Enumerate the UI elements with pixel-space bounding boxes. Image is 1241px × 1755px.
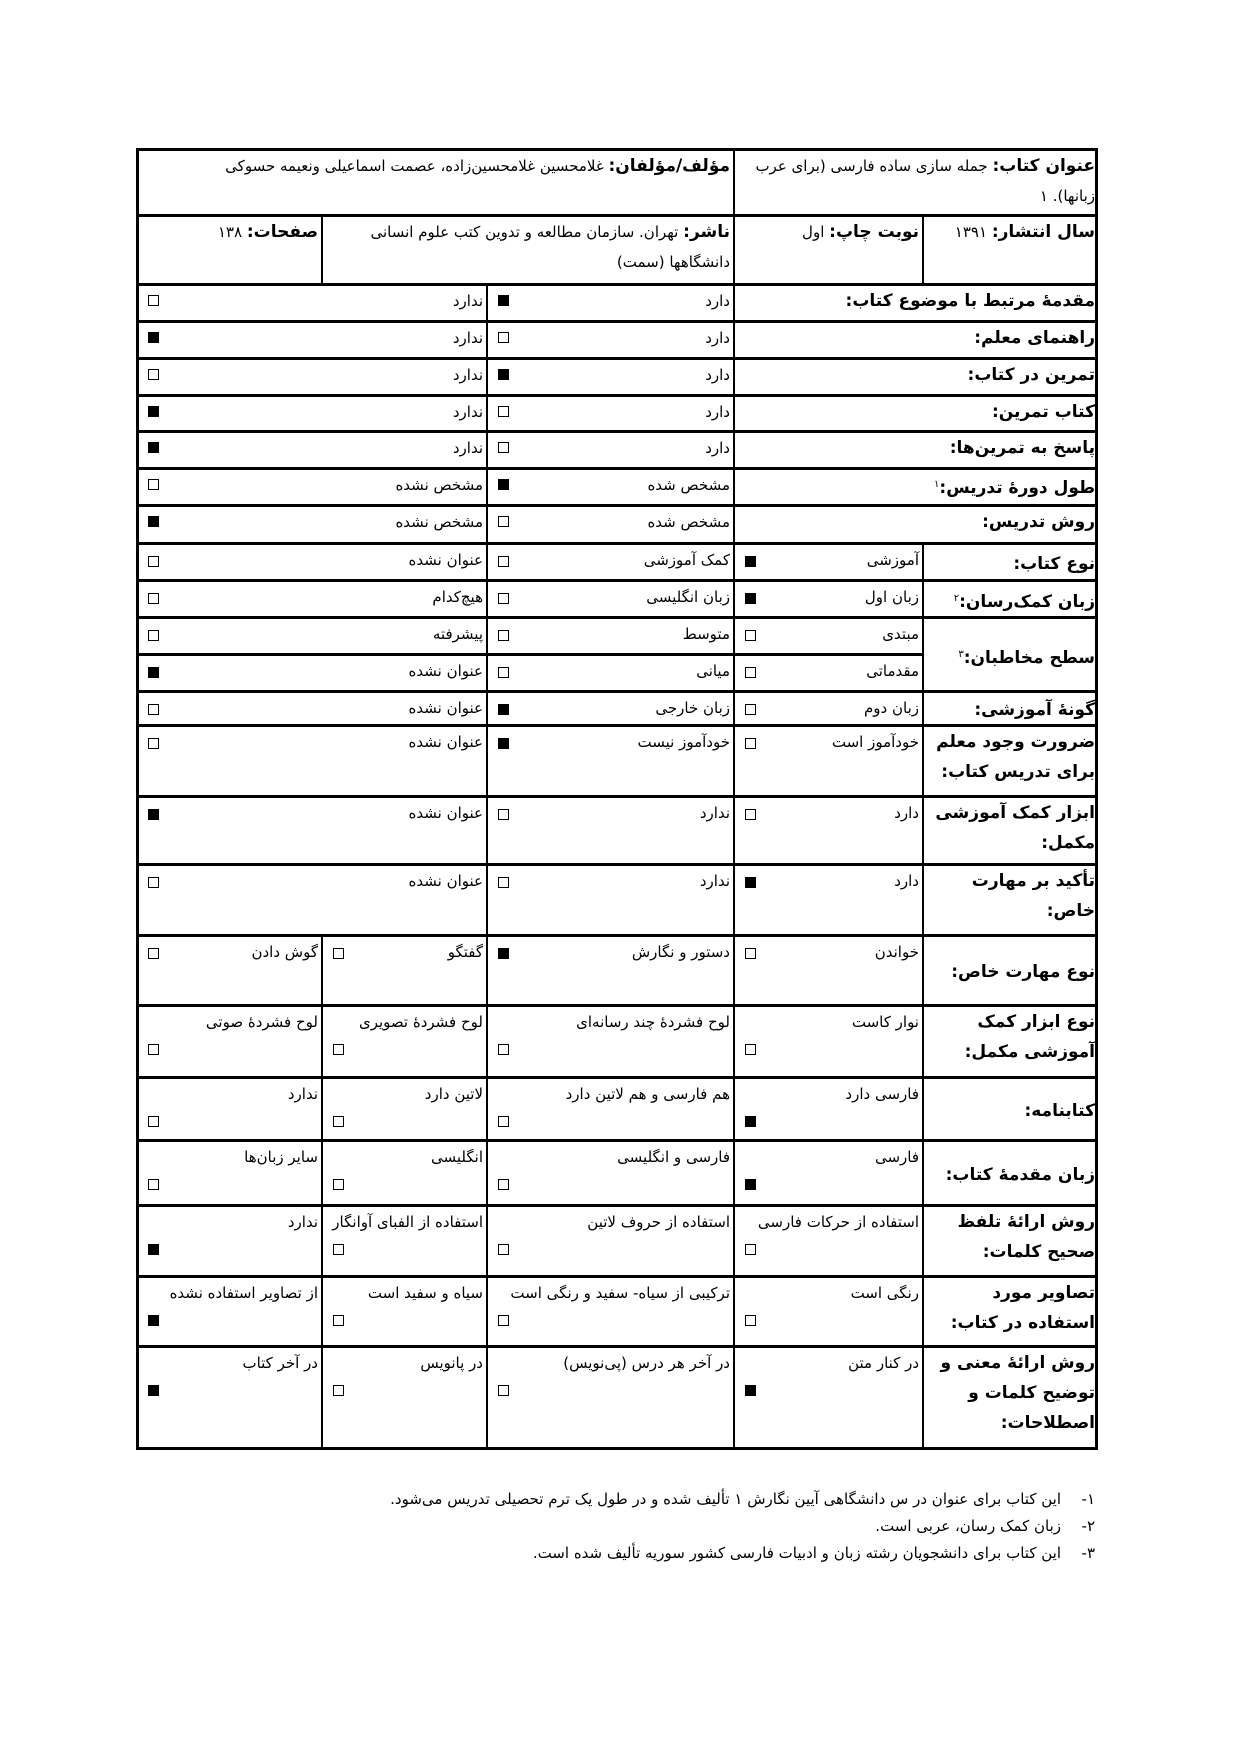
option-cell: ندارد — [139, 1207, 324, 1278]
option-cell: فارسی و انگلیسی — [489, 1142, 736, 1207]
option-text: استفاده از حروف لاتین — [587, 1213, 730, 1231]
option-cell: ندارد — [139, 397, 489, 433]
option-text: ندارد — [700, 804, 730, 822]
column-divider — [321, 1204, 323, 1275]
checkbox-unchecked[interactable] — [498, 1044, 509, 1055]
option-text: فارسی و انگلیسی — [617, 1148, 730, 1166]
row-label: روش ارائهٔ معنی و توضیح کلمات و اصطلاحات… — [925, 1348, 1101, 1453]
checkbox-unchecked[interactable] — [498, 442, 509, 453]
row-label: پاسخ به تمرین‌ها: — [736, 433, 1101, 470]
column-divider — [733, 863, 735, 934]
column-divider — [486, 357, 488, 394]
option-text: متوسط — [683, 625, 730, 643]
checkbox-unchecked[interactable] — [148, 704, 159, 715]
option-text: زبان دوم — [864, 699, 919, 717]
footnote-text: این کتاب برای دانشجویان رشته زبان و ادبی… — [533, 1544, 1061, 1562]
option-text: عنوان نشده — [409, 551, 483, 569]
column-divider — [486, 616, 488, 690]
row-label-text: زبان کمک‌رسان: — [959, 592, 1095, 612]
checkbox-checked[interactable] — [745, 1385, 756, 1396]
column-divider — [486, 467, 488, 504]
option-text: هم فارسی و هم لاتین دارد — [566, 1085, 730, 1103]
pages-label: صفحات: — [247, 222, 318, 242]
checkbox-checked[interactable] — [745, 1179, 756, 1190]
option-cell: زبان خارجی — [489, 693, 736, 727]
option-text: ندارد — [453, 403, 483, 421]
row-label: مقدمهٔ مرتبط با موضوع کتاب: — [736, 286, 1101, 323]
footnote-item: ۳-این کتاب برای دانشجویان رشته زبان و اد… — [533, 1540, 1095, 1566]
checkbox-unchecked[interactable] — [498, 667, 509, 678]
row-label-text: نوع کتاب: — [1013, 554, 1095, 574]
option-cell: مقدماتی — [736, 656, 925, 693]
option-cell: زبان انگلیسی — [489, 582, 736, 619]
checkbox-checked[interactable] — [148, 442, 159, 453]
checkbox-unchecked[interactable] — [745, 738, 756, 749]
edition-label: نوبت چاپ: — [829, 222, 919, 242]
checkbox-checked[interactable] — [148, 1315, 159, 1326]
checkbox-checked[interactable] — [498, 738, 509, 749]
column-divider — [486, 1076, 488, 1139]
option-text: از تصاویر استفاده نشده — [170, 1284, 318, 1302]
checkbox-unchecked[interactable] — [148, 295, 159, 306]
column-divider — [922, 724, 924, 795]
option-text: دارد — [894, 804, 919, 822]
checkbox-checked[interactable] — [745, 877, 756, 888]
column-divider — [486, 690, 488, 724]
checkbox-unchecked[interactable] — [498, 406, 509, 417]
option-text: فارسی — [875, 1148, 919, 1166]
option-cell: سیاه و سفید است — [324, 1278, 489, 1348]
option-text: دارد — [705, 439, 730, 457]
option-text: دارد — [705, 366, 730, 384]
checkbox-unchecked[interactable] — [498, 593, 509, 604]
column-divider — [922, 1345, 924, 1450]
column-divider — [733, 542, 735, 579]
checkbox-unchecked[interactable] — [745, 1315, 756, 1326]
checkbox-unchecked[interactable] — [498, 516, 509, 527]
column-divider — [922, 214, 924, 283]
checkbox-unchecked[interactable] — [148, 738, 159, 749]
row-label: گونهٔ آموزشی: — [925, 693, 1101, 727]
row-label: راهنمای معلم: — [736, 323, 1101, 360]
row-label-wrap: روش ارائهٔ تلفظ صحیح کلمات: — [931, 1207, 1095, 1267]
checkbox-unchecked[interactable] — [745, 704, 756, 715]
row-label-text: روش ارائهٔ معنی و توضیح کلمات و اصطلاحات… — [940, 1353, 1095, 1433]
row-label: نوع مهارت خاص: — [925, 937, 1101, 1007]
option-text: رنگی است — [851, 1284, 919, 1302]
row-label: نوع کتاب: — [925, 545, 1101, 582]
option-text: دارد — [705, 292, 730, 310]
checkbox-unchecked[interactable] — [498, 877, 509, 888]
row-label-text: سطح مخاطبان: — [964, 648, 1095, 668]
option-cell: عنوان نشده — [139, 545, 489, 582]
column-divider — [321, 1004, 323, 1076]
option-cell: مشخص شده — [489, 470, 736, 507]
option-cell: دارد — [736, 866, 925, 937]
checkbox-unchecked[interactable] — [498, 1315, 509, 1326]
authors-value: غلامحسین غلامحسین‌زاده، عصمت اسماعیلی ون… — [225, 157, 604, 175]
footnote-number: ۱- — [1061, 1486, 1095, 1512]
option-cell: انگلیسی — [324, 1142, 489, 1207]
checkbox-unchecked[interactable] — [498, 1179, 509, 1190]
option-text: خودآموز است — [832, 733, 919, 751]
checkbox-checked[interactable] — [498, 369, 509, 380]
column-divider — [321, 1345, 323, 1450]
checkbox-checked[interactable] — [148, 332, 159, 343]
option-text: ندارد — [453, 292, 483, 310]
option-text: ترکیبی از سیاه- سفید و رنگی است — [510, 1284, 730, 1302]
row-label-text: پاسخ به تمرین‌ها: — [950, 438, 1095, 458]
checkbox-checked[interactable] — [745, 593, 756, 604]
row-label-wrap: زبان کمک‌رسان:۲ — [954, 584, 1095, 617]
column-divider — [486, 795, 488, 863]
checkbox-unchecked[interactable] — [148, 948, 159, 959]
checkbox-checked[interactable] — [498, 295, 509, 306]
column-divider — [733, 357, 735, 394]
row-label: طول دورهٔ تدریس:۱ — [736, 470, 1101, 507]
option-text: دارد — [705, 329, 730, 347]
column-divider — [733, 504, 735, 542]
edition-value: اول — [802, 223, 824, 241]
column-divider — [733, 1076, 735, 1139]
option-text: کمک آموزشی — [644, 551, 730, 569]
column-divider — [922, 795, 924, 863]
row-label-wrap: گونهٔ آموزشی: — [974, 695, 1095, 725]
row-label: روش ارائهٔ تلفظ صحیح کلمات: — [925, 1207, 1101, 1278]
checkbox-unchecked[interactable] — [148, 556, 159, 567]
option-text: فارسی دارد — [845, 1085, 919, 1103]
column-divider — [486, 542, 488, 579]
column-divider — [486, 934, 488, 1004]
checkbox-unchecked[interactable] — [333, 1385, 344, 1396]
option-cell: لوح فشردهٔ تصویری — [324, 1007, 489, 1079]
publisher-value: تهران. سازمان مطالعه و تدوین کتب علوم ان… — [370, 223, 730, 271]
option-cell: دارد — [489, 323, 736, 360]
row-label: تأکید بر مهارت خاص: — [925, 866, 1101, 937]
column-divider — [733, 214, 735, 283]
row-label-wrap: سطح مخاطبان:۳ — [958, 640, 1095, 673]
option-text: نوار کاست — [852, 1013, 919, 1031]
option-text: زبان انگلیسی — [646, 588, 730, 606]
option-cell: ندارد — [139, 323, 489, 360]
option-cell: در پانویس — [324, 1348, 489, 1453]
checkbox-unchecked[interactable] — [498, 1385, 509, 1396]
publisher-cell: ناشر: تهران. سازمان مطالعه و تدوین کتب ع… — [324, 217, 736, 286]
checkbox-checked[interactable] — [148, 667, 159, 678]
footnote-item: ۲-زبان کمک رسان، عربی است. — [875, 1513, 1095, 1539]
option-cell: ندارد — [139, 286, 489, 323]
option-cell: پیشرفته — [139, 619, 489, 656]
option-text: لوح فشردهٔ چند رسانه‌ای — [576, 1013, 730, 1031]
row-label-text: کتابنامه: — [1024, 1101, 1095, 1121]
row-label-wrap: تأکید بر مهارت خاص: — [931, 866, 1095, 926]
checkbox-unchecked[interactable] — [333, 1116, 344, 1127]
checkbox-unchecked[interactable] — [333, 1315, 344, 1326]
column-divider — [486, 863, 488, 934]
book-title-cell: عنوان کتاب: جمله سازی ساده فارسی (برای ع… — [736, 151, 1101, 217]
checkbox-unchecked[interactable] — [148, 593, 159, 604]
option-cell: از تصاویر استفاده نشده — [139, 1278, 324, 1348]
checkbox-checked[interactable] — [148, 406, 159, 417]
option-cell: زبان اول — [736, 582, 925, 619]
option-text: دارد — [894, 872, 919, 890]
column-divider — [922, 1204, 924, 1275]
checkbox-unchecked[interactable] — [745, 1244, 756, 1255]
option-cell: استفاده از حروف لاتین — [489, 1207, 736, 1278]
column-divider — [321, 1076, 323, 1139]
row-label-text: راهنمای معلم: — [974, 328, 1095, 348]
checkbox-unchecked[interactable] — [498, 1116, 509, 1127]
option-text: مبتدی — [882, 625, 919, 643]
option-text: در کنار متن — [848, 1354, 919, 1372]
option-text: عنوان نشده — [409, 699, 483, 717]
option-text: لوح فشردهٔ تصویری — [359, 1013, 483, 1031]
option-cell: ترکیبی از سیاه- سفید و رنگی است — [489, 1278, 736, 1348]
option-text: استفاده از الفبای آوانگار — [332, 1213, 483, 1231]
checkbox-unchecked[interactable] — [498, 1244, 509, 1255]
column-divider — [733, 148, 735, 214]
checkbox-unchecked[interactable] — [148, 479, 159, 490]
column-divider — [486, 283, 488, 320]
option-text: استفاده از حرکات فارسی — [758, 1213, 919, 1231]
checkbox-checked[interactable] — [148, 1385, 159, 1396]
pages-value: ۱۳۸ — [218, 223, 242, 241]
option-text: عنوان نشده — [409, 662, 483, 680]
option-cell: خواندن — [736, 937, 925, 1007]
footnote-number: ۳- — [1061, 1540, 1095, 1566]
option-text: سیاه و سفید است — [368, 1284, 483, 1302]
option-cell: گوش دادن — [139, 937, 324, 1007]
column-divider — [922, 1004, 924, 1076]
option-cell: در آخر هر درس (پی‌نویس) — [489, 1348, 736, 1453]
column-divider — [733, 430, 735, 467]
row-label-text: طول دورهٔ تدریس: — [939, 478, 1095, 498]
row-label: زبان مقدمهٔ کتاب: — [925, 1142, 1101, 1207]
row-label: کتابنامه: — [925, 1079, 1101, 1142]
checkbox-unchecked[interactable] — [745, 667, 756, 678]
row-label: تصاویر مورد استفاده در کتاب: — [925, 1278, 1101, 1348]
row-label: ابزار کمک آموزشی مکمل: — [925, 798, 1101, 866]
row-label-wrap: تصاویر مورد استفاده در کتاب: — [931, 1278, 1095, 1338]
column-divider — [733, 467, 735, 504]
column-divider — [486, 1275, 488, 1345]
column-divider — [922, 863, 924, 934]
column-divider — [922, 1139, 924, 1204]
option-text: عنوان نشده — [409, 872, 483, 890]
column-divider — [733, 690, 735, 724]
option-cell: دارد — [736, 798, 925, 866]
option-cell: خودآموز است — [736, 727, 925, 798]
row-label-wrap: نوع مهارت خاص: — [951, 957, 1095, 987]
column-divider — [733, 795, 735, 863]
checkbox-checked[interactable] — [498, 948, 509, 959]
checkbox-unchecked[interactable] — [745, 809, 756, 820]
option-text: دستور و نگارش — [632, 943, 730, 961]
option-text: لوح فشردهٔ صوتی — [206, 1013, 318, 1031]
row-label-wrap: نوع ابزار کمک آموزشی مکمل: — [931, 1007, 1095, 1067]
row-label-wrap: کتابنامه: — [1024, 1096, 1095, 1126]
option-cell: دارد — [489, 286, 736, 323]
column-divider — [922, 1275, 924, 1345]
row-label-text: نوع ابزار کمک آموزشی مکمل: — [965, 1012, 1095, 1062]
year-label: سال انتشار: — [992, 222, 1095, 242]
option-cell: سایر زبان‌ها — [139, 1142, 324, 1207]
row-label-wrap: ابزار کمک آموزشی مکمل: — [931, 798, 1095, 858]
option-cell: فارسی دارد — [736, 1079, 925, 1142]
column-divider — [321, 214, 323, 283]
option-cell: میانی — [489, 656, 736, 693]
option-text: مشخص نشده — [395, 476, 483, 494]
option-cell: عنوان نشده — [139, 798, 489, 866]
option-text: آموزشی — [867, 551, 919, 569]
checkbox-unchecked[interactable] — [333, 948, 344, 959]
checkbox-checked[interactable] — [148, 809, 159, 820]
row-label-text: ضرورت وجود معلم برای تدریس کتاب: — [936, 732, 1095, 782]
column-divider — [486, 504, 488, 542]
footnote-item: ۱-این کتاب برای عنوان در س دانشگاهی آیین… — [390, 1486, 1095, 1512]
column-divider — [733, 1345, 735, 1450]
option-cell: استفاده از الفبای آوانگار — [324, 1207, 489, 1278]
option-cell: مشخص نشده — [139, 470, 489, 507]
option-text: ندارد — [453, 439, 483, 457]
column-divider — [922, 579, 924, 616]
row-label-wrap: نوع کتاب: — [1013, 549, 1095, 579]
row-label-wrap: زبان مقدمهٔ کتاب: — [946, 1160, 1095, 1190]
option-cell: کمک آموزشی — [489, 545, 736, 582]
option-cell: مشخص نشده — [139, 507, 489, 545]
checkbox-unchecked[interactable] — [148, 877, 159, 888]
column-divider — [733, 1275, 735, 1345]
option-cell: عنوان نشده — [139, 866, 489, 937]
row-label-text: زبان مقدمهٔ کتاب: — [946, 1165, 1095, 1185]
option-text: انگلیسی — [431, 1148, 483, 1166]
column-divider — [733, 579, 735, 616]
row-label-text: تمرین در کتاب: — [968, 365, 1095, 385]
option-text: دارد — [705, 403, 730, 421]
authors-label: مؤلف/مؤلفان: — [608, 156, 730, 176]
row-label-text: نوع مهارت خاص: — [951, 962, 1095, 982]
checkbox-unchecked[interactable] — [498, 332, 509, 343]
row-label-text: کتاب تمرین: — [992, 402, 1095, 422]
column-divider — [486, 724, 488, 795]
option-text: مشخص شده — [647, 513, 730, 531]
option-text: سایر زبان‌ها — [244, 1148, 318, 1166]
option-cell: لاتین دارد — [324, 1079, 489, 1142]
checkbox-unchecked[interactable] — [333, 1044, 344, 1055]
option-text: زبان اول — [865, 588, 919, 606]
row-label: ضرورت وجود معلم برای تدریس کتاب: — [925, 727, 1101, 798]
checkbox-unchecked[interactable] — [745, 630, 756, 641]
column-divider — [922, 616, 924, 690]
checkbox-unchecked[interactable] — [498, 630, 509, 641]
option-cell: خودآموز نیست — [489, 727, 736, 798]
checkbox-unchecked[interactable] — [148, 1116, 159, 1127]
column-divider — [321, 1139, 323, 1204]
row-label-text: تأکید بر مهارت خاص: — [972, 871, 1095, 921]
option-text: هیچ‌کدام — [432, 588, 483, 606]
column-divider — [486, 1139, 488, 1204]
year-value: ۱۳۹۱ — [955, 223, 987, 241]
row-label-text: مقدمهٔ مرتبط با موضوع کتاب: — [846, 291, 1095, 311]
option-cell: دارد — [489, 360, 736, 397]
option-text: میانی — [696, 662, 730, 680]
checkbox-unchecked[interactable] — [148, 1179, 159, 1190]
column-divider — [486, 1204, 488, 1275]
option-cell: عنوان نشده — [139, 693, 489, 727]
option-cell: هیچ‌کدام — [139, 582, 489, 619]
checkbox-unchecked[interactable] — [148, 1044, 159, 1055]
column-divider — [922, 690, 924, 724]
option-text: ندارد — [288, 1213, 318, 1231]
option-text: مشخص شده — [647, 476, 730, 494]
checkbox-checked[interactable] — [745, 556, 756, 567]
option-cell: در آخر کتاب — [139, 1348, 324, 1453]
checkbox-unchecked[interactable] — [498, 809, 509, 820]
checkbox-checked[interactable] — [148, 1244, 159, 1255]
authors-cell: مؤلف/مؤلفان: غلامحسین غلامحسین‌زاده، عصم… — [139, 151, 736, 217]
column-divider — [321, 1275, 323, 1345]
checkbox-unchecked[interactable] — [148, 369, 159, 380]
column-divider — [733, 616, 735, 690]
option-cell: ندارد — [139, 360, 489, 397]
checkbox-unchecked[interactable] — [745, 1044, 756, 1055]
checkbox-unchecked[interactable] — [745, 948, 756, 959]
option-text: ندارد — [700, 872, 730, 890]
checkbox-checked[interactable] — [498, 479, 509, 490]
option-cell: متوسط — [489, 619, 736, 656]
column-divider — [321, 934, 323, 1004]
column-divider — [733, 1139, 735, 1204]
column-divider — [486, 394, 488, 430]
checkbox-checked[interactable] — [498, 704, 509, 715]
option-text: زبان خارجی — [655, 699, 730, 717]
checkbox-checked[interactable] — [148, 516, 159, 527]
option-text: ندارد — [288, 1085, 318, 1103]
option-cell: دارد — [489, 397, 736, 433]
row-label-text: گونهٔ آموزشی: — [974, 700, 1095, 720]
column-divider — [922, 542, 924, 579]
option-text: در پانویس — [420, 1354, 483, 1372]
checkbox-unchecked[interactable] — [498, 556, 509, 567]
option-cell: استفاده از حرکات فارسی — [736, 1207, 925, 1278]
column-divider — [733, 1004, 735, 1076]
book-evaluation-table: عنوان کتاب: جمله سازی ساده فارسی (برای ع… — [136, 148, 1098, 1450]
column-divider — [733, 394, 735, 430]
option-text: عنوان نشده — [409, 804, 483, 822]
column-divider — [922, 934, 924, 1004]
column-divider — [486, 320, 488, 357]
option-text: ندارد — [453, 366, 483, 384]
option-text: گفتگو — [448, 943, 483, 961]
option-cell: در کنار متن — [736, 1348, 925, 1453]
row-label: سطح مخاطبان:۳ — [925, 619, 1101, 693]
option-text: خواندن — [875, 943, 919, 961]
row-label: تمرین در کتاب: — [736, 360, 1101, 397]
option-text: گوش دادن — [251, 943, 318, 961]
checkbox-unchecked[interactable] — [333, 1179, 344, 1190]
option-text: مقدماتی — [866, 662, 919, 680]
option-text: عنوان نشده — [409, 733, 483, 751]
row-label-text: ابزار کمک آموزشی مکمل: — [935, 803, 1095, 853]
column-divider — [486, 430, 488, 467]
row-label: نوع ابزار کمک آموزشی مکمل: — [925, 1007, 1101, 1079]
checkbox-unchecked[interactable] — [148, 630, 159, 641]
checkbox-unchecked[interactable] — [333, 1244, 344, 1255]
row-label-wrap: ضرورت وجود معلم برای تدریس کتاب: — [931, 727, 1095, 787]
checkbox-checked[interactable] — [745, 1116, 756, 1127]
option-cell: عنوان نشده — [139, 727, 489, 798]
option-text: خودآموز نیست — [638, 733, 730, 751]
